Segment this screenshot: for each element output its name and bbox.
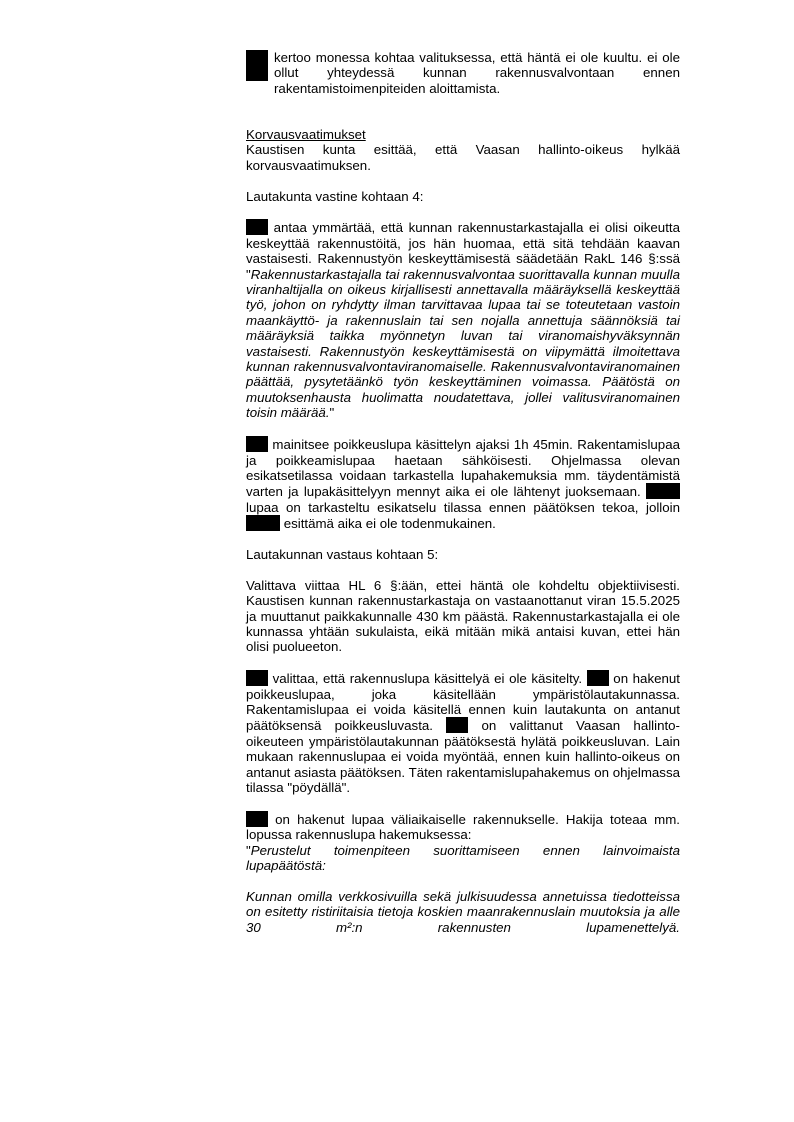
paragraph-compensation: Kaustisen kunta esittää, että Vaasan hal… xyxy=(246,142,680,173)
paragraph-temporary-building: on hakenut lupaa väliaikaiselle rakennuk… xyxy=(246,811,680,843)
section-heading: Korvausvaatimukset xyxy=(246,127,680,142)
quote-body: Kunnan omilla verkkosivuilla sekä julkis… xyxy=(246,889,680,935)
subheading-point-4: Lautakunta vastine kohtaan 4: xyxy=(246,189,680,204)
paragraph-objectivity: Valittava viittaa HL 6 §:ään, ettei hänt… xyxy=(246,578,680,655)
law-quote: Rakennustarkastajalla tai rakennusvalvon… xyxy=(246,267,680,421)
redacted-name xyxy=(246,670,268,686)
redacted-name xyxy=(246,436,268,452)
redacted-name xyxy=(646,483,680,499)
redacted-name xyxy=(246,811,268,827)
quote-title: "Perustelut toimenpiteen suorittamiseen … xyxy=(246,843,680,874)
redacted-name xyxy=(246,515,280,531)
paragraph-suspension: antaa ymmärtää, että kunnan rakennustark… xyxy=(246,219,680,420)
redacted-name xyxy=(246,219,268,235)
redacted-name xyxy=(246,50,268,81)
paragraph-processing-time: mainitsee poikkeuslupa käsittelyn ajaksi… xyxy=(246,436,680,531)
document-page: kertoo monessa kohtaa valituksessa, että… xyxy=(246,50,680,935)
paragraph-not-heard: kertoo monessa kohtaa valituksessa, että… xyxy=(246,50,680,96)
paragraph-permit-processing: valittaa, että rakennuslupa käsittelyä e… xyxy=(246,670,680,795)
redacted-name xyxy=(587,670,609,686)
subheading-point-5: Lautakunnan vastaus kohtaan 5: xyxy=(246,547,680,562)
redacted-name xyxy=(446,717,468,733)
